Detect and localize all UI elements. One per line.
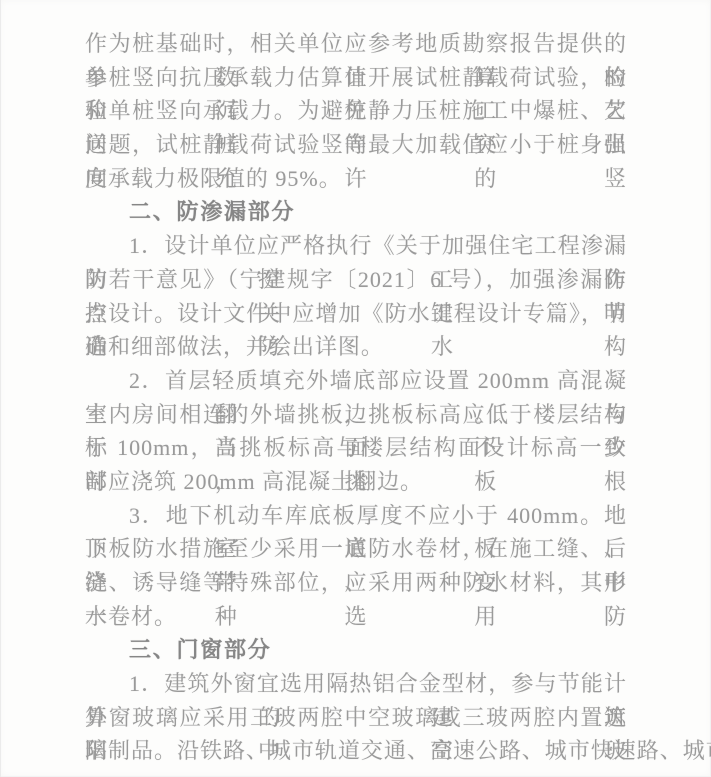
section-heading: 二、防渗漏部分 [85, 195, 627, 229]
text-line: 作为桩基础时，相关单位应参考地质勘察报告提供的参数计算的 [85, 27, 627, 61]
text-line: 单桩竖向抗压承载力估算值开展试桩静载荷试验，检验沉桩工艺 [85, 61, 627, 95]
text-line: 和单桩竖向承载力。为避免静力压桩施工中爆桩、欠送桩等突出 [85, 94, 627, 128]
text-line: 2．首层轻质填充外墙底部应设置 200mm 高混凝土翻边。与 [85, 364, 627, 398]
text-line: 的若干意见》（宁建规字〔2021〕6 号），加强渗漏防控关键节 [85, 263, 627, 297]
text-line: 外窗玻璃应采用三玻两腔中空玻璃或三玻两腔内置遮阳中空玻 [85, 701, 627, 735]
text-line: 1．建筑外窗宜选用隔热铝合金型材，参与节能计算的建筑 [85, 667, 627, 701]
text-line: 顶板防水措施至少采用一道防水卷材，在施工缝、后浇带、变形 [85, 532, 627, 566]
text-line: 于 100mm，当挑板标高与楼层结构面设计标高一致时，挑板根 [85, 431, 627, 465]
text-line: 3．地下机动车库底板厚度不应小于 400mm。地下室底板、 [85, 499, 627, 533]
text-line: 问题，试桩静载荷试验竖向最大加载值应小于桩身强度允许的竖 [85, 128, 627, 162]
text-line: 璃制品。沿铁路、城市轨道交通、高速公路、城市快速路、城市 [85, 734, 627, 768]
text-line: 室内房间相连的外墙挑板，挑板标高应低于楼层结构标高面不少 [85, 398, 627, 432]
text-line: 1．设计单位应严格执行《关于加强住宅工程渗漏防控工作 [85, 229, 627, 263]
document-page: 作为桩基础时，相关单位应参考地质勘察报告提供的参数计算的单桩竖向抗压承载力估算值… [0, 0, 711, 777]
document-text-blocks: 作为桩基础时，相关单位应参考地质勘察报告提供的参数计算的单桩竖向抗压承载力估算值… [85, 27, 627, 768]
text-line: 点设计。设计文件中应增加《防水工程设计专篇》，明确防水构 [85, 297, 627, 331]
section-heading: 三、门窗部分 [85, 633, 627, 667]
text-line: 缝、诱导缝等特殊部位，应采用两种防水材料，其中一种选用防 [85, 566, 627, 600]
